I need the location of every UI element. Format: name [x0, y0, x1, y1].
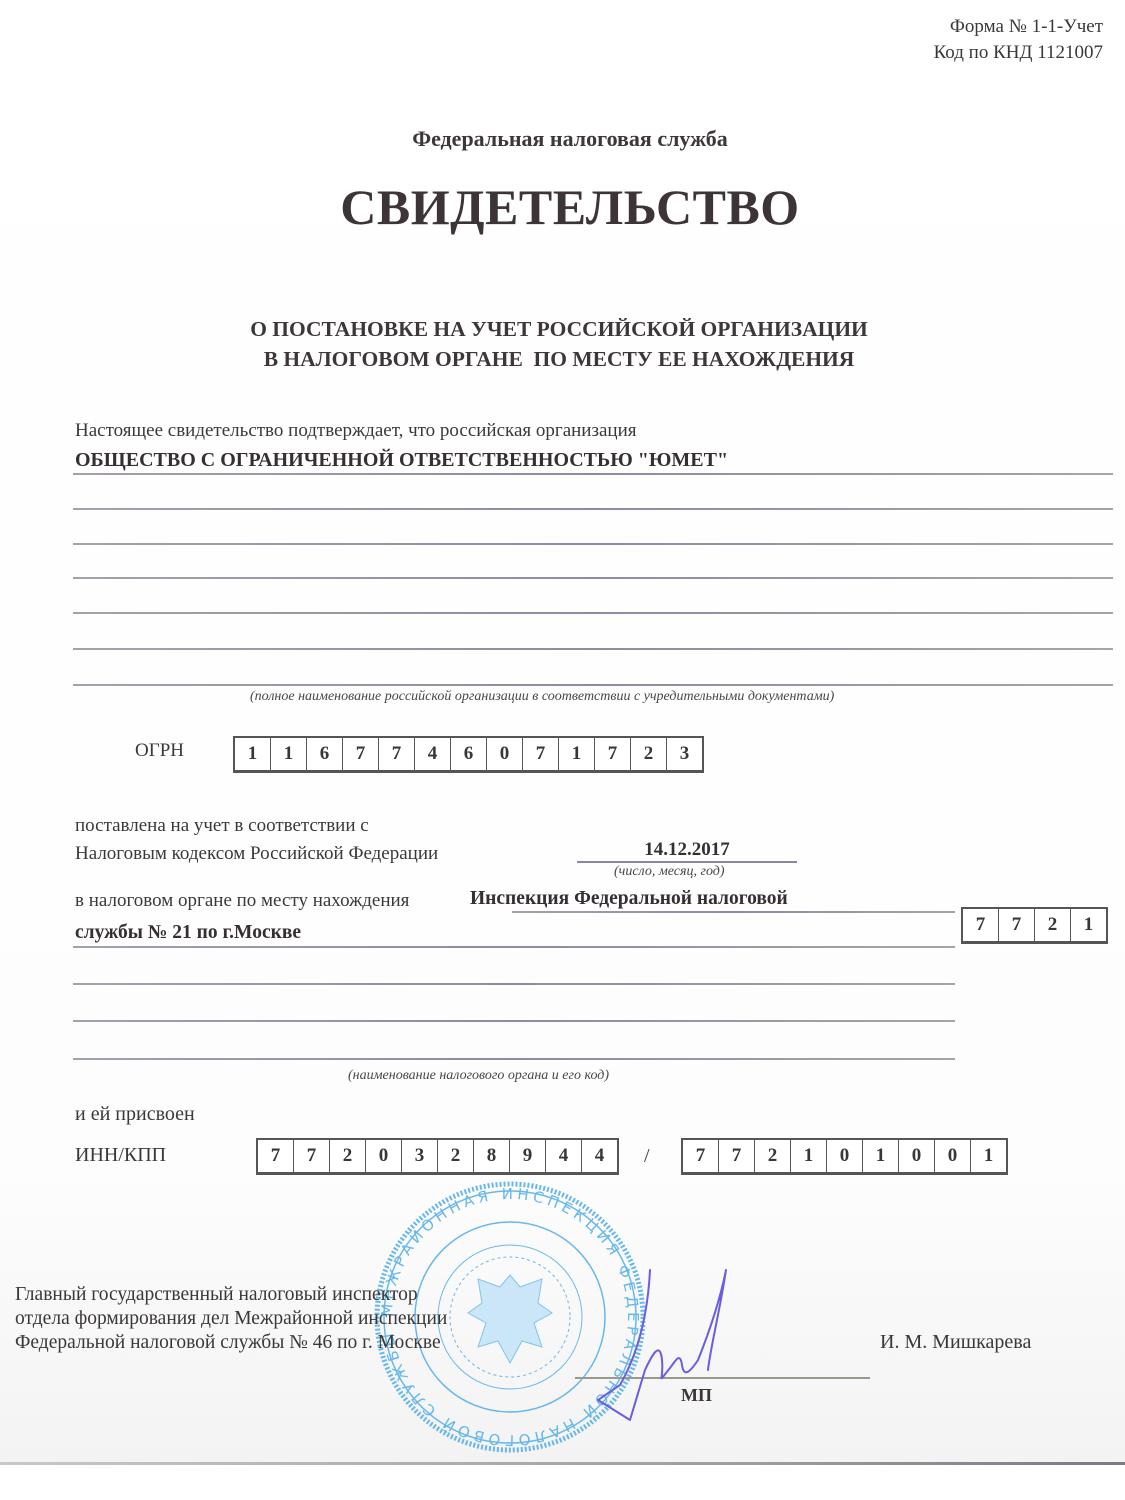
assigned-label: и ей присвоен — [75, 1103, 195, 1126]
digit-cell: 2 — [1035, 909, 1071, 941]
signer-name: И. М. Мишкарева — [880, 1331, 1031, 1354]
digit-cell: 0 — [827, 1140, 863, 1172]
stamp-place-label: МП — [681, 1385, 712, 1406]
kpp-cells: 772101001 — [681, 1138, 1008, 1175]
tax-authority-line-4 — [73, 1020, 955, 1022]
registration-line-1: поставлена на учет в соответствии с — [75, 815, 369, 837]
digit-cell: 4 — [582, 1140, 617, 1172]
tax-authority-label: в налоговом органе по месту нахождения — [75, 890, 409, 912]
signer-line-3: Федеральной налоговой службы № 46 по г. … — [15, 1331, 447, 1355]
digit-cell: 4 — [546, 1140, 582, 1172]
digit-cell: 0 — [899, 1140, 935, 1172]
digit-cell: 7 — [719, 1140, 755, 1172]
digit-cell: 7 — [294, 1140, 330, 1172]
inn-kpp-separator: / — [644, 1145, 650, 1168]
digit-cell: 2 — [330, 1140, 366, 1172]
digit-cell: 1 — [559, 738, 595, 770]
digit-cell: 7 — [963, 909, 999, 941]
knd-code: Код по КНД 1121007 — [934, 40, 1103, 66]
digit-cell: 6 — [307, 738, 343, 770]
tax-authority-line-3 — [73, 983, 955, 985]
digit-cell: 7 — [258, 1140, 294, 1172]
tax-authority-code-cells: 7721 — [961, 907, 1108, 944]
digit-cell: 2 — [438, 1140, 474, 1172]
form-number: Форма № 1-1-Учет — [934, 14, 1103, 40]
digit-cell: 1 — [235, 738, 271, 770]
document-title: СВИДЕТЕЛЬСТВО — [0, 178, 1125, 236]
page-edge — [0, 1462, 1125, 1465]
digit-cell: 0 — [487, 738, 523, 770]
ogrn-label: ОГРН — [135, 740, 184, 762]
inn-kpp-label: ИНН/КПП — [75, 1144, 166, 1167]
digit-cell: 3 — [667, 738, 702, 770]
organization-name: ОБЩЕСТВО С ОГРАНИЧЕННОЙ ОТВЕТСТВЕННОСТЬЮ… — [75, 449, 728, 472]
signer-line-2: отдела формирования дел Межрайонной инсп… — [15, 1307, 447, 1331]
digit-cell: 9 — [510, 1140, 546, 1172]
digit-cell: 0 — [935, 1140, 971, 1172]
digit-cell: 7 — [683, 1140, 719, 1172]
org-line-4 — [73, 577, 1113, 579]
digit-cell: 1 — [1071, 909, 1106, 941]
inn-cells: 7720328944 — [256, 1138, 619, 1175]
registration-date: 14.12.2017 — [577, 839, 797, 861]
digit-cell: 3 — [402, 1140, 438, 1172]
registration-line-2: Налоговым кодексом Российской Федерации — [75, 843, 438, 865]
signer-line-1: Главный государственный налоговый инспек… — [15, 1283, 447, 1307]
ogrn-cells: 1167746071723 — [233, 736, 704, 773]
digit-cell: 2 — [755, 1140, 791, 1172]
org-line-1 — [73, 473, 1113, 475]
signature-line — [575, 1377, 870, 1379]
tax-authority-line-2 — [73, 946, 955, 948]
digit-cell: 1 — [971, 1140, 1006, 1172]
intro-text: Настоящее свидетельство подтверждает, чт… — [75, 420, 636, 442]
org-line-5 — [73, 612, 1113, 614]
document-subtitle: О ПОСТАНОВКЕ НА УЧЕТ РОССИЙСКОЙ ОРГАНИЗА… — [0, 314, 1118, 374]
form-code-block: Форма № 1-1-Учет Код по КНД 1121007 — [934, 14, 1103, 66]
tax-authority-name-line-2: службы № 21 по г.Москве — [75, 922, 301, 944]
date-caption: (число, месяц, год) — [614, 864, 725, 880]
digit-cell: 0 — [366, 1140, 402, 1172]
digit-cell: 7 — [343, 738, 379, 770]
tax-authority-caption: (наименование налогового органа и его ко… — [348, 1068, 609, 1084]
organization-caption: (полное наименование российской организа… — [250, 689, 834, 705]
subtitle-line-1: О ПОСТАНОВКЕ НА УЧЕТ РОССИЙСКОЙ ОРГАНИЗА… — [0, 314, 1118, 344]
org-line-6 — [73, 648, 1113, 650]
digit-cell: 8 — [474, 1140, 510, 1172]
tax-authority-name-line-1: Инспекция Федеральной налоговой — [470, 888, 788, 910]
digit-cell: 1 — [271, 738, 307, 770]
subtitle-line-2: В НАЛОГОВОМ ОРГАНЕ ПО МЕСТУ ЕЕ НАХОЖДЕНИ… — [0, 344, 1118, 374]
org-line-3 — [73, 543, 1113, 545]
digit-cell: 6 — [451, 738, 487, 770]
digit-cell: 7 — [595, 738, 631, 770]
org-line-2 — [73, 508, 1113, 510]
digit-cell: 1 — [791, 1140, 827, 1172]
digit-cell: 1 — [863, 1140, 899, 1172]
digit-cell: 7 — [379, 738, 415, 770]
digit-cell: 2 — [631, 738, 667, 770]
date-line — [577, 861, 797, 863]
digit-cell: 4 — [415, 738, 451, 770]
digit-cell: 7 — [523, 738, 559, 770]
tax-authority-line-5 — [73, 1058, 955, 1060]
digit-cell: 7 — [999, 909, 1035, 941]
signer-title: Главный государственный налоговый инспек… — [15, 1283, 447, 1355]
tax-authority-line-1 — [512, 911, 955, 913]
org-line-7 — [73, 684, 1113, 686]
agency-name: Федеральная налоговая служба — [0, 126, 1125, 152]
